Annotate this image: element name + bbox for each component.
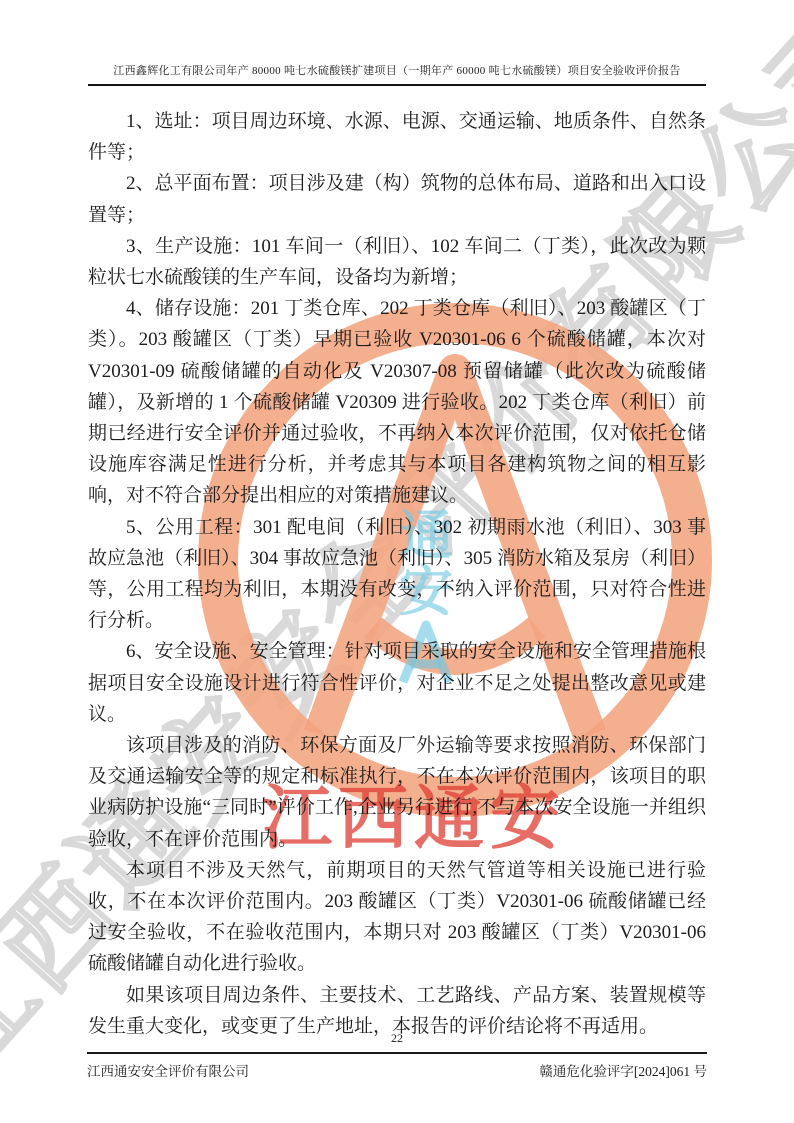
document-body: 1、选址：项目周边环境、水源、电源、交通运输、地质条件、自然条件等； 2、总平面…	[88, 106, 706, 1042]
paragraph: 3、生产设施：101 车间一（利旧）、102 车间二（丁类），此次改为颗粒状七水…	[88, 231, 706, 293]
paragraph: 6、安全设施、安全管理：针对项目采取的安全设施和安全管理措施根据项目安全设施设计…	[88, 636, 706, 730]
paragraph: 1、选址：项目周边环境、水源、电源、交通运输、地质条件、自然条件等；	[88, 106, 706, 168]
footer-divider	[87, 1052, 707, 1054]
footer-company-name: 江西通安安全评价有限公司	[87, 1060, 249, 1080]
page-footer: 江西通安安全评价有限公司 赣通危化验评字[2024]061 号	[87, 1060, 707, 1080]
paragraph: 该项目涉及的消防、环保方面及厂外运输等要求按照消防、环保部门及交通运输安全等的规…	[88, 730, 706, 855]
document-page: 江西通安安全评价有限公司 通 安 江西通安 江西鑫辉化工有限公司年产 80000…	[0, 0, 794, 1123]
page-number: 22	[0, 1031, 794, 1046]
page-header-title: 江西鑫辉化工有限公司年产 80000 吨七水硫酸镁扩建项目（一期年产 60000…	[88, 62, 706, 86]
paragraph: 2、总平面布置：项目涉及建（构）筑物的总体布局、道路和出入口设置等；	[88, 168, 706, 230]
paragraph: 5、公用工程：301 配电间（利旧）、302 初期雨水池（利旧）、303 事故应…	[88, 512, 706, 637]
paragraph: 本项目不涉及天然气，前期项目的天然气管道等相关设施已进行验收，不在本次评价范围内…	[88, 855, 706, 980]
paragraph: 4、储存设施：201 丁类仓库、202 丁类仓库（利旧）、203 酸罐区（丁类）…	[88, 293, 706, 511]
footer-doc-number: 赣通危化验评字[2024]061 号	[539, 1060, 707, 1080]
